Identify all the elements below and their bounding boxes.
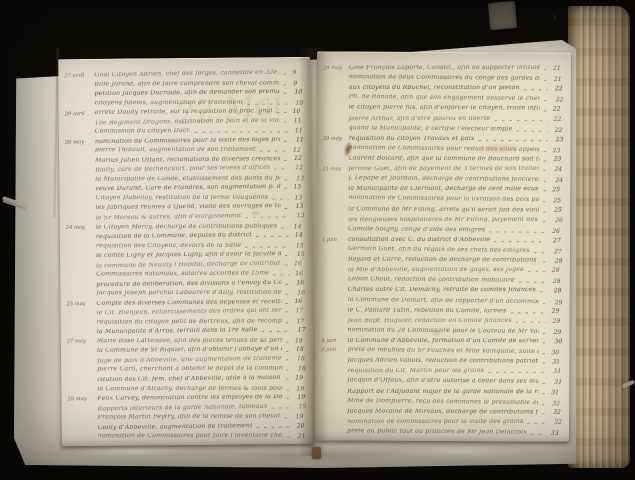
entry-page-number: 16	[293, 280, 310, 286]
entry-text: prête de meubles du Sr Fauches et Mlle V…	[347, 347, 538, 356]
entry-text: Laurent Boicard, afin que la commune de …	[348, 155, 539, 163]
entry-page-number: 18	[294, 355, 311, 361]
index-rows-right: 29 mayGme François Laporte, Constit., af…	[321, 62, 568, 436]
dash-leader	[272, 199, 288, 200]
entry-page-number: 20	[294, 423, 311, 429]
entry-page-number: 26	[549, 228, 566, 234]
index-entry-row: pierre Thibault, augmentation de son tra…	[65, 145, 308, 154]
dash-leader	[543, 211, 547, 212]
dash-leader	[257, 426, 291, 427]
dash-leader	[274, 169, 288, 170]
entry-text: la Commune de Domart, afin de rapporter …	[348, 296, 539, 305]
book-fore-edge-leaves	[568, 6, 630, 468]
entry-page-number: 28	[551, 288, 568, 294]
index-entry-row: nomination de commissaires pour la visit…	[321, 417, 566, 426]
dash-leader	[287, 437, 291, 438]
dash-leader	[286, 312, 290, 313]
index-entry-row: le C. Paillard Tutin, rebellion du Comit…	[322, 305, 567, 315]
index-entry-row: Bayard et Carré, réduction de décharge d…	[322, 254, 567, 264]
entry-page-number: 31	[551, 380, 568, 386]
index-entry-row: réquisition des Citoyens, devoirs de la …	[66, 240, 309, 249]
dash-leader	[286, 379, 290, 380]
entry-text: le C. Paillard Tutin, rebellion du Comit…	[348, 307, 507, 314]
entry-text: pierre Thibault, augmentation de son tra…	[95, 147, 256, 154]
dash-leader	[286, 351, 290, 352]
entry-text: Jean Bapt. Huguier, rédaction en Comité …	[348, 318, 512, 325]
entry-page-number: 11	[293, 137, 310, 143]
entry-page-number: 10	[290, 108, 307, 114]
foxing-spot	[430, 330, 442, 337]
entry-text: Citoyen Dubellay, restitution de la ferm…	[95, 195, 268, 202]
index-entry-row: pierre Arthur, afin d'être pourvu en lib…	[323, 113, 568, 122]
entry-date-label	[66, 259, 96, 260]
brown-stain-gutter-bottom	[312, 447, 321, 459]
entry-page-number: 27	[551, 249, 568, 255]
index-page-left: 22 Mai 27 avrilGnal Citoyen Adrien, chef…	[58, 57, 314, 446]
entry-page-number: 23	[549, 148, 566, 154]
dash-leader	[286, 398, 290, 399]
entry-text: quand la Municipalité, a certifié l'élec…	[349, 125, 513, 133]
entry-date-label	[66, 201, 96, 202]
entry-page-number: 23	[550, 157, 567, 163]
entry-date-label	[67, 373, 97, 374]
dash-leader	[543, 202, 547, 203]
entry-page-number: 25	[549, 187, 566, 193]
entry-text: le citoyen pierre fils, afin d'enforcer …	[349, 105, 540, 113]
entry-text: Jacques Adrien Vallois, réduction de con…	[347, 358, 538, 366]
dash-leader	[519, 282, 547, 283]
dash-leader	[543, 262, 547, 263]
dash-leader	[542, 393, 546, 394]
entry-text: la Municipalité d'Arras, terrain dans la…	[97, 327, 258, 336]
entry-page-number: 18	[295, 366, 312, 372]
entry-date-label	[65, 154, 95, 155]
entry-date-label	[322, 212, 348, 213]
dash-leader	[494, 120, 547, 121]
entry-date-label	[322, 313, 348, 314]
entry-date-label	[64, 87, 94, 88]
index-entry-row: nomination de Commissaires pour réduit d…	[322, 142, 567, 153]
index-entry-row: Jacques Adrien Vallois, réduction de con…	[321, 356, 566, 366]
index-entry-row: Laurent Boicard, afin que la commune de …	[322, 153, 567, 163]
entry-page-number: 29	[551, 329, 568, 335]
entry-page-number: 19	[292, 375, 309, 381]
dash-leader	[543, 161, 547, 162]
dash-leader	[286, 370, 290, 371]
entry-page-number: 31	[550, 369, 567, 375]
dash-leader	[283, 73, 287, 74]
entry-text: citation des Cit. fem. chef d'Abbeville,…	[97, 375, 282, 384]
entry-text: réquisition de la Commune, députés du di…	[96, 232, 252, 241]
entry-page-number: 12	[290, 147, 307, 153]
entry-text: la Commune d'Attachy, décharge de fermes…	[97, 385, 282, 392]
dash-leader	[286, 389, 290, 390]
entry-page-number: 16	[294, 290, 311, 296]
entry-page-number: 14	[292, 232, 309, 238]
entry-page-number: 28	[552, 258, 569, 264]
dash-leader	[284, 160, 288, 161]
entry-text: Commission du citoyen Ducr.	[95, 128, 191, 135]
index-entry-row: Jacquin d'Offaux, afin d'être autorisé à…	[321, 375, 566, 386]
entry-text: Germain Guet, afin du regain de ses chef…	[348, 246, 530, 255]
dash-leader	[285, 303, 289, 304]
index-entry-row: 5 juinprête de meubles du Sr Fauches et …	[321, 345, 566, 356]
dash-leader	[516, 322, 547, 323]
dash-leader	[284, 121, 288, 122]
entry-page-number: 16	[291, 260, 308, 266]
entry-date-label: 27 may	[67, 339, 97, 345]
entry-page-number: 12	[292, 165, 309, 171]
binding-tab	[488, 1, 517, 30]
dash-leader	[245, 246, 289, 247]
entry-page-number: 17	[295, 327, 312, 333]
entry-text: nomination de Commissaires pour la livra…	[348, 195, 539, 204]
dash-leader	[527, 423, 546, 424]
index-entry-row: nomination de Commissaires pour faire l'…	[68, 431, 311, 440]
index-entry-row: les Religieuses hospitalières de Mr Fill…	[322, 215, 567, 224]
yellow-stain-right-page	[468, 143, 526, 154]
entry-page-number: 28	[550, 279, 567, 285]
entry-text: la Commune d'Abbeville, formation d'un C…	[348, 338, 539, 345]
entry-page-number: 17	[293, 308, 310, 314]
dash-leader	[534, 252, 547, 253]
entry-text: réquisition du citoyen Travaux et paix	[349, 136, 475, 143]
entry-date-label	[67, 392, 97, 393]
dash-leader	[195, 132, 288, 134]
dash-leader	[516, 130, 547, 131]
entry-page-number: 15	[293, 243, 310, 249]
index-entry-row: la Commune de Mr Filling, arrêts qu'il s…	[322, 204, 567, 214]
index-entry-row: aux citoyens du Rouchel, reconstitution …	[323, 83, 568, 92]
entry-page-number: 11	[292, 128, 309, 134]
entry-date-label	[322, 162, 348, 163]
index-entry-row: Mme de Dompierre, reçu des communes le p…	[321, 395, 566, 406]
entry-page-number: 23	[553, 137, 570, 143]
index-entry-row: Germain Guet, afin du regain de ses chef…	[322, 244, 567, 255]
index-entry-row: Jacques Moraine de Mirvaux, décharge de …	[321, 406, 566, 416]
entry-page-number: 24	[552, 178, 569, 184]
scanned-book-photo: 22 Mai 27 avrilGnal Citoyen Adrien, chef…	[0, 0, 635, 480]
dash-leader	[284, 141, 288, 142]
entry-text: réquisition du Cit. Martin pour les grai…	[347, 368, 484, 375]
index-entry-row: Jean Bapt. Huguier, rédaction en Comité …	[322, 316, 567, 325]
entry-text: consultation avec C. du district d'Abbev…	[348, 237, 490, 244]
index-entry-row: pétition Jacques Ducroule, afin de deman…	[64, 87, 307, 99]
dash-leader	[284, 179, 288, 180]
dash-leader	[542, 363, 546, 364]
entry-date-label: 5 juin	[321, 348, 347, 354]
entry-text: nomination de commissaires pour la visit…	[347, 419, 523, 426]
entry-page-number: 10	[291, 89, 308, 95]
dash-leader	[544, 69, 548, 70]
entry-text: Lebon Chout, rédaction de contribution m…	[348, 276, 515, 284]
entry-page-number: 21	[551, 77, 568, 83]
entry-page-number: 13	[291, 195, 308, 201]
dash-leader	[273, 275, 289, 276]
dash-leader	[246, 216, 289, 218]
entry-text: Jacques Moraine de Mirvaux, décharge de …	[347, 408, 538, 416]
dash-leader	[543, 191, 547, 192]
index-entry-row: 27 mayMarie Rose Lattendée, afin des piè…	[67, 335, 310, 344]
index-entry-row: Camille Soigny, congé d'aide des émigrés…	[322, 224, 567, 235]
index-entry-row: réquisition de la Commune, députés du di…	[66, 229, 309, 241]
index-entry-row: 29 mayGme François Laporte, Constit., af…	[323, 63, 568, 72]
entry-text: Mme de Dompierre, reçu des communes le p…	[347, 397, 538, 406]
entry-date-label	[65, 106, 95, 107]
entry-page-number: 14	[291, 223, 308, 229]
entry-page-number: 30	[551, 339, 568, 345]
entry-page-number: 29	[552, 299, 569, 305]
entry-text: la Mle d'Abbeville, augmentation de gage…	[348, 267, 524, 274]
dash-leader	[543, 151, 547, 152]
entry-date-label: 24 may	[66, 225, 96, 231]
entry-page-number: 25	[550, 198, 567, 204]
entry-page-number: 11	[291, 117, 308, 123]
entry-page-number: 31	[548, 389, 565, 395]
entry-page-number: 19	[295, 403, 312, 409]
entry-text: Commissaires nationaux, salaires accordé…	[96, 271, 269, 279]
dash-leader	[283, 84, 287, 85]
index-entry-row: citoyens fidèles, augmentation de traite…	[65, 97, 308, 106]
entry-page-number: 21	[550, 65, 567, 71]
index-entry-row: la Mle d'Abbeville, augmentation de gage…	[322, 265, 567, 274]
dash-leader	[488, 372, 546, 373]
entry-text: Charles autre Cit. Demachy, retraite de …	[348, 287, 536, 294]
dash-leader	[542, 353, 546, 354]
entry-page-number: 18	[292, 338, 309, 344]
entry-text: prête au public tout au praticien de Mr …	[347, 428, 527, 436]
entry-text: François Martin Feytry, afin de la remis…	[98, 413, 281, 421]
entry-page-number: 27	[550, 238, 567, 244]
entry-page-number: 13	[294, 212, 311, 218]
entry-text: pétition Jacques Ducroule, afin de deman…	[94, 89, 279, 98]
index-entry-row: Rapport de l'Adjudant major de la garde …	[321, 386, 566, 395]
dash-leader	[271, 407, 290, 408]
dash-leader	[285, 255, 289, 256]
entry-page-number: 22	[553, 97, 570, 103]
dash-leader	[286, 359, 290, 360]
entry-page-number: 24	[551, 166, 568, 172]
entry-text: le Sr Moreau & autres, afin d'élargissem…	[96, 213, 242, 222]
dash-leader	[283, 93, 287, 94]
dash-leader	[543, 170, 547, 171]
entry-date-label	[66, 249, 96, 250]
foxing-spot	[250, 210, 260, 216]
entry-text: la Commune de Mr Filling, arrêts qu'il s…	[348, 206, 539, 214]
entry-page-number: 22	[552, 127, 569, 133]
index-entry-row: le citoyen pierre fils, afin d'enforcer …	[323, 103, 568, 113]
entry-page-number: 33	[548, 430, 565, 436]
entry-page-number: 30	[548, 350, 565, 356]
entry-text: réquisition des Citoyens, devoirs de la …	[96, 242, 241, 249]
index-entry-row: 31 mayJérôme Guet, afin de payement de 3…	[322, 164, 567, 173]
entry-page-number: 32	[551, 419, 568, 425]
entry-page-number: 25	[551, 208, 568, 214]
index-entry-row: quand la Municipalité, a certifié l'élec…	[323, 123, 568, 134]
entry-text: Jacques Joseph parchul Labourère d'Ailly…	[96, 290, 281, 297]
index-entry-row: réquisition du Cit. Martin pour les grai…	[321, 366, 566, 375]
entry-date-label	[323, 111, 349, 112]
entry-date-label	[66, 278, 96, 279]
index-entry-row: Citoyen Dubellay, restitution de la ferm…	[65, 192, 308, 201]
entry-text: Jérôme Guet, afin de payement de 3 terme…	[348, 166, 539, 173]
entry-text: Rapport de l'Adjudant major de la garde …	[347, 388, 538, 395]
dash-leader	[261, 331, 289, 332]
index-entry-row: 4 juinla Commune d'Abbeville, formation …	[322, 336, 567, 345]
dash-leader	[544, 80, 548, 81]
entry-page-number: 10	[293, 100, 310, 106]
dash-leader	[543, 342, 547, 343]
entry-page-number: 22	[550, 106, 567, 112]
index-entry-row: la Municipalité de Clermont, décharge de…	[322, 184, 567, 193]
entry-text: nomination de deux Commissaires du congé…	[349, 74, 540, 82]
entry-text: J. Lepape et Jourdain, décharge de contr…	[348, 175, 539, 183]
dash-leader	[285, 208, 289, 209]
entry-date-label	[68, 421, 98, 422]
entry-text: nomination du 2e Commissaire pour le Cou…	[348, 327, 539, 335]
entry-date-label	[68, 440, 98, 441]
entry-text: Jacquin d'Offaux, afin d'être autorisé à…	[347, 378, 538, 386]
dash-leader	[260, 151, 288, 152]
index-entry-row: la Commune d'Attachy, décharge de fermes…	[67, 383, 310, 392]
dash-leader	[277, 112, 288, 113]
index-entry-row: nomination du 2e Commissaire pour le Cou…	[322, 325, 567, 336]
entry-text: nomination de Commissaires pour faire l'…	[98, 433, 283, 440]
index-entry-row: nomination de deux Commissaires du congé…	[323, 72, 568, 83]
entry-page-number: 19	[294, 394, 311, 400]
entry-page-number: 32	[549, 400, 566, 406]
entry-page-number: 18	[293, 347, 310, 353]
entry-text: aux citoyens du Rouchel, reconstitution …	[349, 85, 520, 92]
dash-leader	[285, 283, 289, 284]
dash-leader	[247, 103, 287, 104]
dash-leader	[524, 89, 548, 90]
index-entry-row: Ph. de Ronade, afin que son engagement d…	[323, 92, 568, 103]
index-entry-row: prête au public tout au praticien de Mr …	[321, 426, 566, 437]
entry-page-number: 22	[552, 86, 569, 92]
entry-page-number: 13	[290, 184, 307, 190]
entry-page-number: 13	[293, 204, 310, 210]
dash-leader	[510, 312, 546, 313]
entry-date-label	[67, 354, 97, 355]
index-rows-left: 27 avrilGnal Citoyen Adrien, chef des fo…	[64, 68, 311, 441]
entry-date-label	[321, 364, 347, 365]
dash-leader	[478, 140, 547, 141]
index-entry-row: citation des Cit. fem. chef d'Abbeville,…	[67, 372, 310, 384]
entry-page-number: 22	[551, 116, 568, 122]
entry-page-number: 19	[293, 414, 310, 420]
entry-text: Bayard et Carré, réduction de décharge d…	[348, 257, 539, 265]
page-edge-sheen	[568, 6, 630, 468]
index-entry-row: 1 juinconsultation avec C. du district d…	[322, 235, 567, 244]
entry-text: Ph. de Ronade, afin que son engagement d…	[349, 94, 540, 103]
dash-leader	[489, 231, 547, 232]
index-page-right: 29 mayGme François Laporte, Constit., af…	[315, 51, 571, 441]
dash-leader	[544, 101, 548, 102]
entry-page-number: 29	[550, 318, 567, 324]
dash-leader	[543, 181, 547, 182]
dash-leader	[286, 322, 290, 323]
index-entry-row: Lebon Chout, rédaction de contribution m…	[322, 274, 567, 285]
entry-page-number: 16	[292, 271, 309, 277]
entry-date-label	[321, 414, 347, 415]
entry-text: la Municipalité de Clermont, décharge de…	[348, 186, 539, 193]
index-entry-row: la Commune de Domart, afin de rapporter …	[322, 294, 567, 305]
index-entry-row: J. Lepape et Jourdain, décharge de contr…	[322, 173, 567, 184]
dash-leader	[281, 227, 289, 228]
entry-date-label: 28 may	[67, 397, 97, 403]
dash-leader	[494, 241, 547, 242]
dash-leader	[543, 303, 547, 304]
dash-leader	[286, 342, 290, 343]
dash-leader	[285, 264, 289, 265]
dash-leader	[284, 418, 290, 419]
entry-date-label	[65, 135, 95, 136]
dash-leader	[284, 188, 288, 189]
index-entry-row: nomination de Commissaires pour la livra…	[322, 193, 567, 204]
dash-leader	[256, 236, 289, 237]
entry-text: citoyens fidèles, augmentation de traite…	[95, 99, 244, 106]
dash-leader	[285, 294, 289, 295]
dash-leader	[540, 292, 547, 293]
entry-page-number: 21	[295, 433, 312, 439]
entry-text: veuve Durand, Care de Flandres, son augm…	[95, 184, 280, 193]
dash-leader	[543, 333, 547, 334]
entry-date-label	[66, 297, 96, 298]
dash-leader	[543, 221, 547, 222]
entry-page-number: 9	[289, 70, 306, 76]
entry-page-number: 19	[293, 386, 310, 392]
index-entry-row: 30 mayréquisition du citoyen Travaux et …	[323, 134, 568, 143]
entry-text: Marie Rose Lattendée, afin des pièces te…	[97, 338, 282, 345]
entry-page-number: 31	[549, 359, 566, 365]
dash-leader	[542, 413, 546, 414]
dash-leader	[531, 434, 546, 435]
index-entry-row: Charles autre Cit. Demachy, retraite de …	[322, 285, 567, 294]
dash-leader	[544, 110, 548, 111]
dash-leader	[528, 271, 547, 272]
entry-text: pierre Arthur, afin d'être pourvu en lib…	[349, 115, 491, 122]
entry-date-label	[66, 212, 96, 213]
index-entry-row: Jacques Joseph parchul Labourère d'Ailly…	[66, 288, 309, 297]
entry-text: les Religieuses hospitalières de Mr Fill…	[348, 217, 539, 224]
entry-text: Gme François Laporte, Constit., afin de …	[349, 65, 540, 72]
pencil-mark: - 1 -	[546, 13, 566, 24]
entry-date-label: 25 may	[66, 302, 96, 308]
entry-page-number: 28	[549, 268, 566, 274]
dash-leader	[542, 404, 546, 405]
entry-page-number: 29	[549, 309, 566, 315]
entry-page-number: 15	[294, 251, 311, 257]
entry-date-label	[322, 263, 348, 264]
entry-date-label: 29 avril	[65, 111, 95, 117]
entry-page-number: 26	[552, 217, 569, 223]
entry-page-number: 32	[550, 410, 567, 416]
entry-text: Camille Soigny, congé d'aide des émigrés	[348, 226, 485, 234]
dash-leader	[542, 383, 546, 384]
